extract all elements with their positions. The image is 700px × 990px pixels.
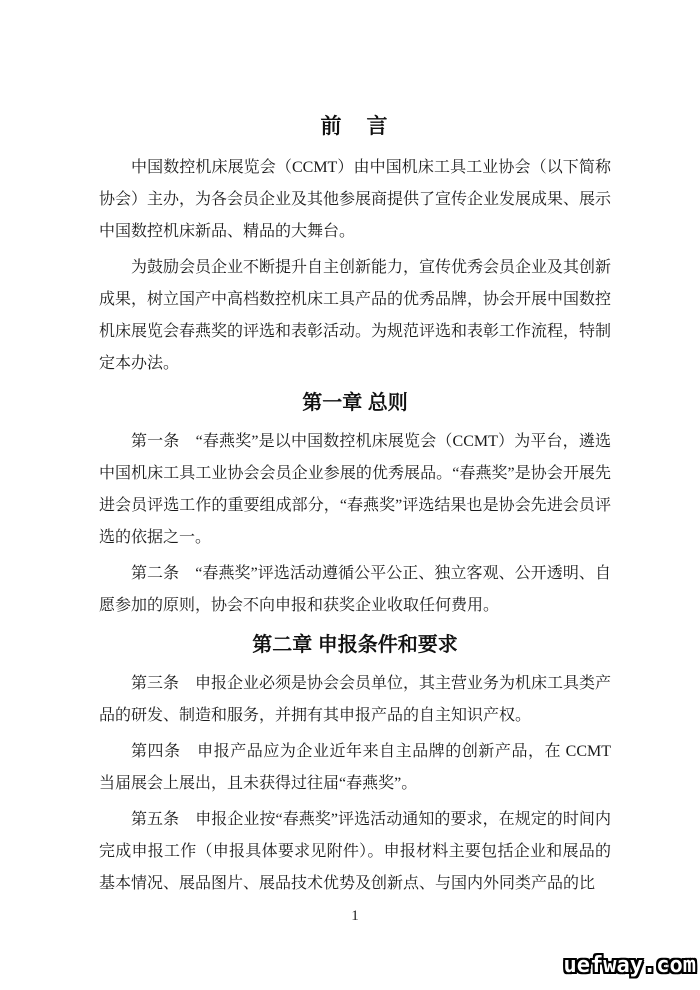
preface-title: 前 言 [99, 112, 611, 142]
chapter2-article-4: 第四条 申报产品应为企业近年来自主品牌的创新产品，在 CCMT 当届展会上展出，… [99, 736, 611, 800]
document-page: 前 言 中国数控机床展览会（CCMT）由中国机床工具工业协会（以下简称协会）主办… [0, 0, 700, 990]
chapter2-title: 第二章 申报条件和要求 [99, 630, 611, 660]
watermark-text: uefway.com [564, 953, 696, 978]
preface-paragraph-2: 为鼓励会员企业不断提升自主创新能力，宣传优秀会员企业及其创新成果，树立国产中高档… [99, 252, 611, 380]
document-body: 前 言 中国数控机床展览会（CCMT）由中国机床工具工业协会（以下简称协会）主办… [99, 112, 611, 904]
preface-paragraph-1: 中国数控机床展览会（CCMT）由中国机床工具工业协会（以下简称协会）主办，为各会… [99, 152, 611, 248]
chapter2-article-3: 第三条 申报企业必须是协会会员单位，其主营业务为机床工具类产品的研发、制造和服务… [99, 668, 611, 732]
chapter1-article-2: 第二条 “春燕奖”评选活动遵循公平公正、独立客观、公开透明、自愿参加的原则，协会… [99, 558, 611, 622]
chapter2-article-5: 第五条 申报企业按“春燕奖”评选活动通知的要求，在规定的时间内完成申报工作（申报… [99, 804, 611, 900]
page-number: 1 [99, 908, 611, 925]
chapter1-title: 第一章 总则 [99, 388, 611, 418]
chapter1-article-1: 第一条 “春燕奖”是以中国数控机床展览会（CCMT）为平台，遴选中国机床工具工业… [99, 426, 611, 554]
